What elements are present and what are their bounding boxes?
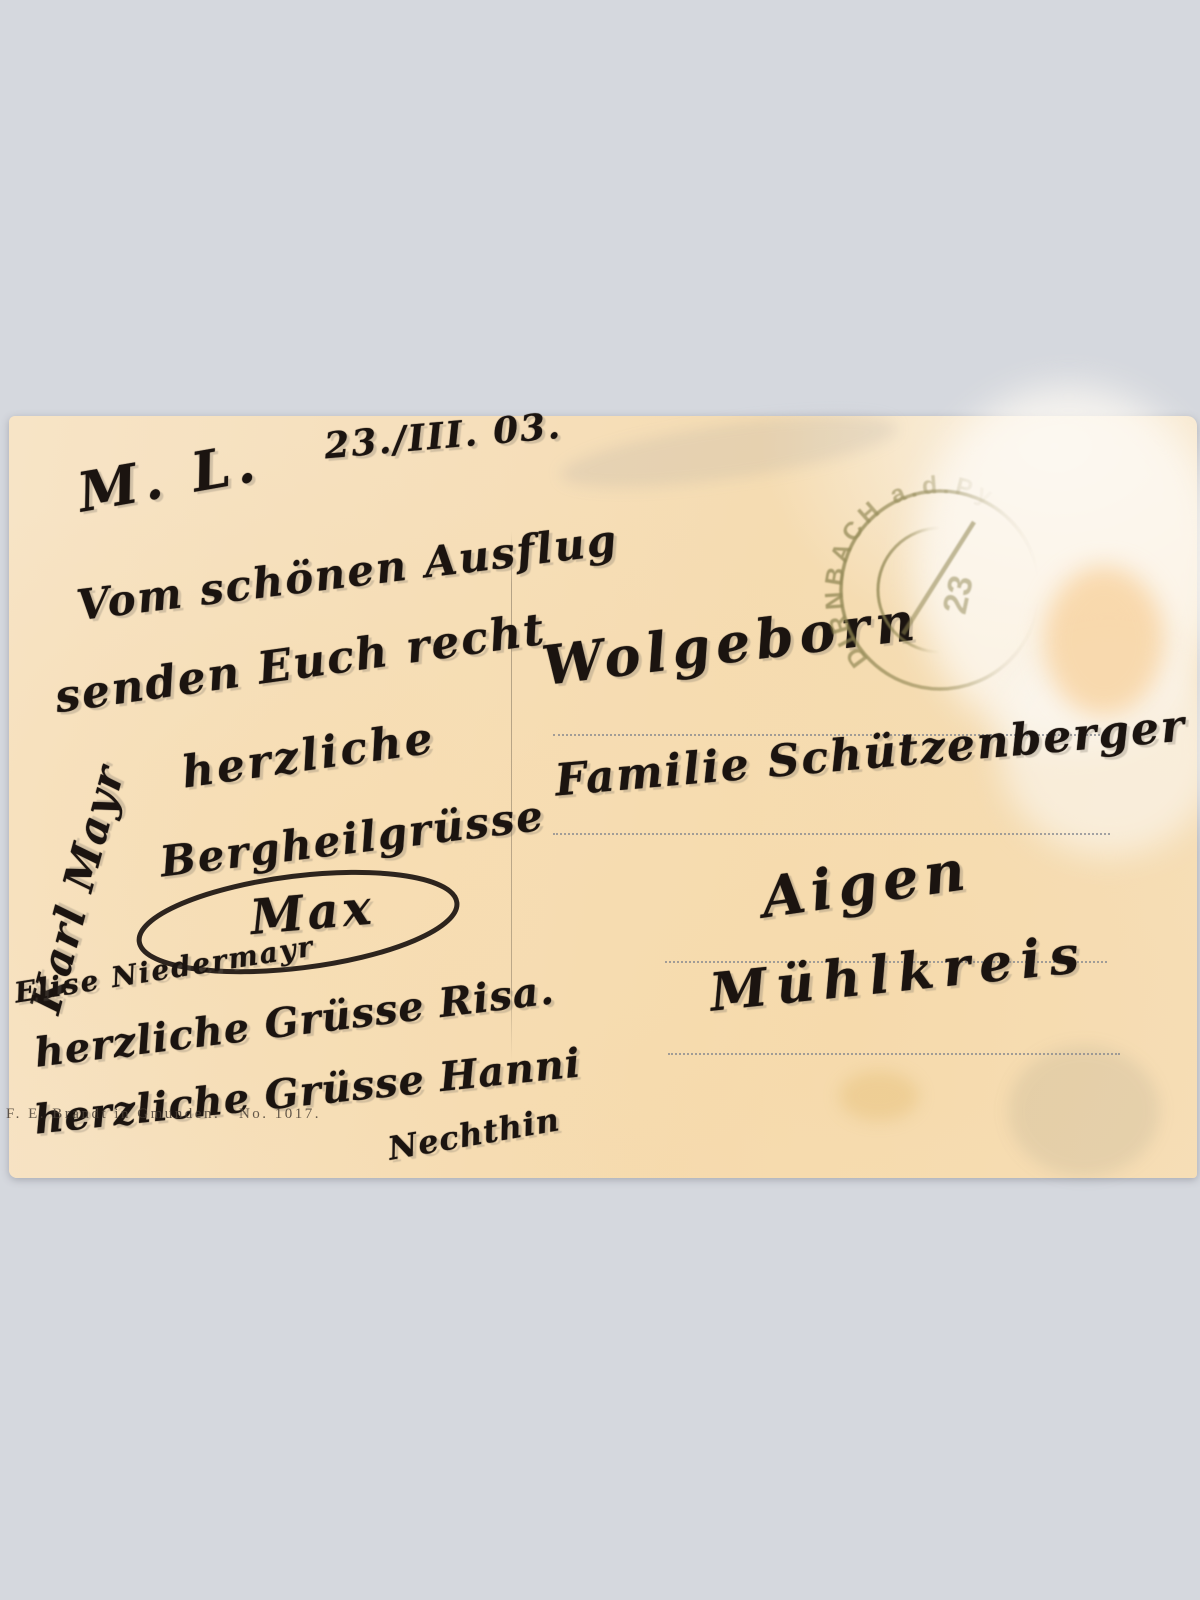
stain-speckle xyxy=(1009,1046,1159,1176)
address-line-rule-4 xyxy=(668,1053,1120,1055)
stain-yellow xyxy=(839,1071,919,1121)
postmark-stamp: DIRNBACH a.d.Py 23 xyxy=(819,464,1069,714)
postmark-arc-text: DIRNBACH a.d.Py xyxy=(820,471,1001,673)
publisher-imprint: F. E. Brandt in Gmunden. No. 1017. xyxy=(6,1106,321,1123)
postmark-date-text: 23 xyxy=(936,572,981,617)
message-line-2: senden Euch recht xyxy=(52,608,548,720)
address-family: Familie Schützenberger xyxy=(553,704,1188,803)
message-line-3: herzliche xyxy=(179,716,438,795)
date: 23./III. 03. xyxy=(323,408,563,465)
signature-max: Max xyxy=(248,883,377,942)
address-region: Mühlkreis xyxy=(707,928,1090,1019)
salutation: M. L. xyxy=(74,434,265,519)
scan-background: 23./III. 03. M. L. Vom schönen Ausflug s… xyxy=(0,0,1200,1600)
address-line-rule-2 xyxy=(553,833,1110,835)
address-town: Aigen xyxy=(758,842,974,927)
greeting-extra: Nechthin xyxy=(386,1103,563,1165)
postcard: 23./III. 03. M. L. Vom schönen Ausflug s… xyxy=(9,416,1197,1178)
